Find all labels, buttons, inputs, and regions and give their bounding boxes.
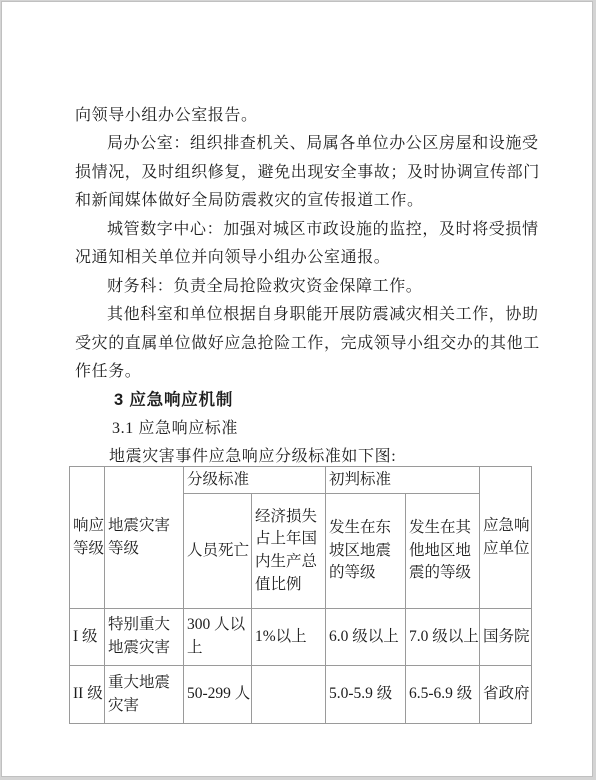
body-line: 向领导小组办公室报告。: [75, 102, 527, 130]
body-line: 况通知相关单位并向领导小组办公室通报。: [75, 244, 527, 272]
table-row: II 级 重大地震 灾害 50-299 人 5.0-5.9 级 6.5-6.9 …: [70, 666, 532, 724]
cell-response-unit: 省政府: [480, 666, 532, 724]
header-deaths: 人员死亡: [184, 494, 252, 609]
header-dongpo-magnitude: 发生在东 坡区地震 的等级: [326, 494, 406, 609]
header-economic-loss: 经济损失 占上年国 内生产总 值比例: [252, 494, 326, 609]
body-line: 其他科室和单位根据自身职能开展防震减灾相关工作，协助: [75, 301, 527, 329]
header-disaster-level: 地震灾害 等级: [105, 467, 184, 609]
cell-level: I 级: [70, 609, 105, 666]
section-heading: 3 应急响应机制: [75, 386, 527, 414]
cell-dongpo-magnitude: 5.0-5.9 级: [326, 666, 406, 724]
cell-disaster-level: 特别重大 地震灾害: [105, 609, 184, 666]
header-response-level: 响应 等级: [70, 467, 105, 609]
body-line: 局办公室：组织排查机关、局属各单位办公区房屋和设施受: [75, 130, 527, 158]
body-line: 和新闻媒体做好全局防震救灾的宣传报道工作。: [75, 187, 527, 215]
body-text: 向领导小组办公室报告。 局办公室：组织排查机关、局属各单位办公区房屋和设施受 损…: [75, 102, 527, 472]
body-line: 城管数字中心：加强对城区市政设施的监控，及时将受损情: [75, 216, 527, 244]
body-line: 财务科：负责全局抢险救灾资金保障工作。: [75, 273, 527, 301]
cell-economic-loss: [252, 666, 326, 724]
cell-deaths: 50-299 人: [184, 666, 252, 724]
header-other-magnitude: 发生在其 他地区地 震的等级: [406, 494, 480, 609]
subsection-heading: 3.1 应急响应标准: [75, 415, 527, 443]
document-viewport: 向领导小组办公室报告。 局办公室：组织排查机关、局属各单位办公区房屋和设施受 损…: [0, 0, 596, 780]
cell-other-magnitude: 7.0 级以上: [406, 609, 480, 666]
response-grading-table: 响应 等级 地震灾害 等级 分级标准 初判标准 应急响 应单位 人员死亡 经济损…: [69, 466, 532, 724]
body-line: 受灾的直属单位做好应急抢险工作，完成领导小组交办的其他工: [75, 330, 527, 358]
cell-dongpo-magnitude: 6.0 级以上: [326, 609, 406, 666]
cell-response-unit: 国务院: [480, 609, 532, 666]
document-page: 向领导小组办公室报告。 局办公室：组织排查机关、局属各单位办公区房屋和设施受 损…: [1, 1, 593, 777]
body-line: 损情况，及时组织修复，避免出现安全事故；及时协调宣传部门: [75, 159, 527, 187]
body-line: 作任务。: [75, 358, 527, 386]
table-row: I 级 特别重大 地震灾害 300 人以 上 1%以上 6.0 级以上 7.0 …: [70, 609, 532, 666]
cell-other-magnitude: 6.5-6.9 级: [406, 666, 480, 724]
cell-disaster-level: 重大地震 灾害: [105, 666, 184, 724]
cell-deaths: 300 人以 上: [184, 609, 252, 666]
header-grading-standard: 分级标准: [184, 467, 326, 494]
cell-level: II 级: [70, 666, 105, 724]
cell-economic-loss: 1%以上: [252, 609, 326, 666]
header-response-unit: 应急响 应单位: [480, 467, 532, 609]
table-header-row: 响应 等级 地震灾害 等级 分级标准 初判标准 应急响 应单位: [70, 467, 532, 494]
header-initial-judgment: 初判标准: [326, 467, 480, 494]
